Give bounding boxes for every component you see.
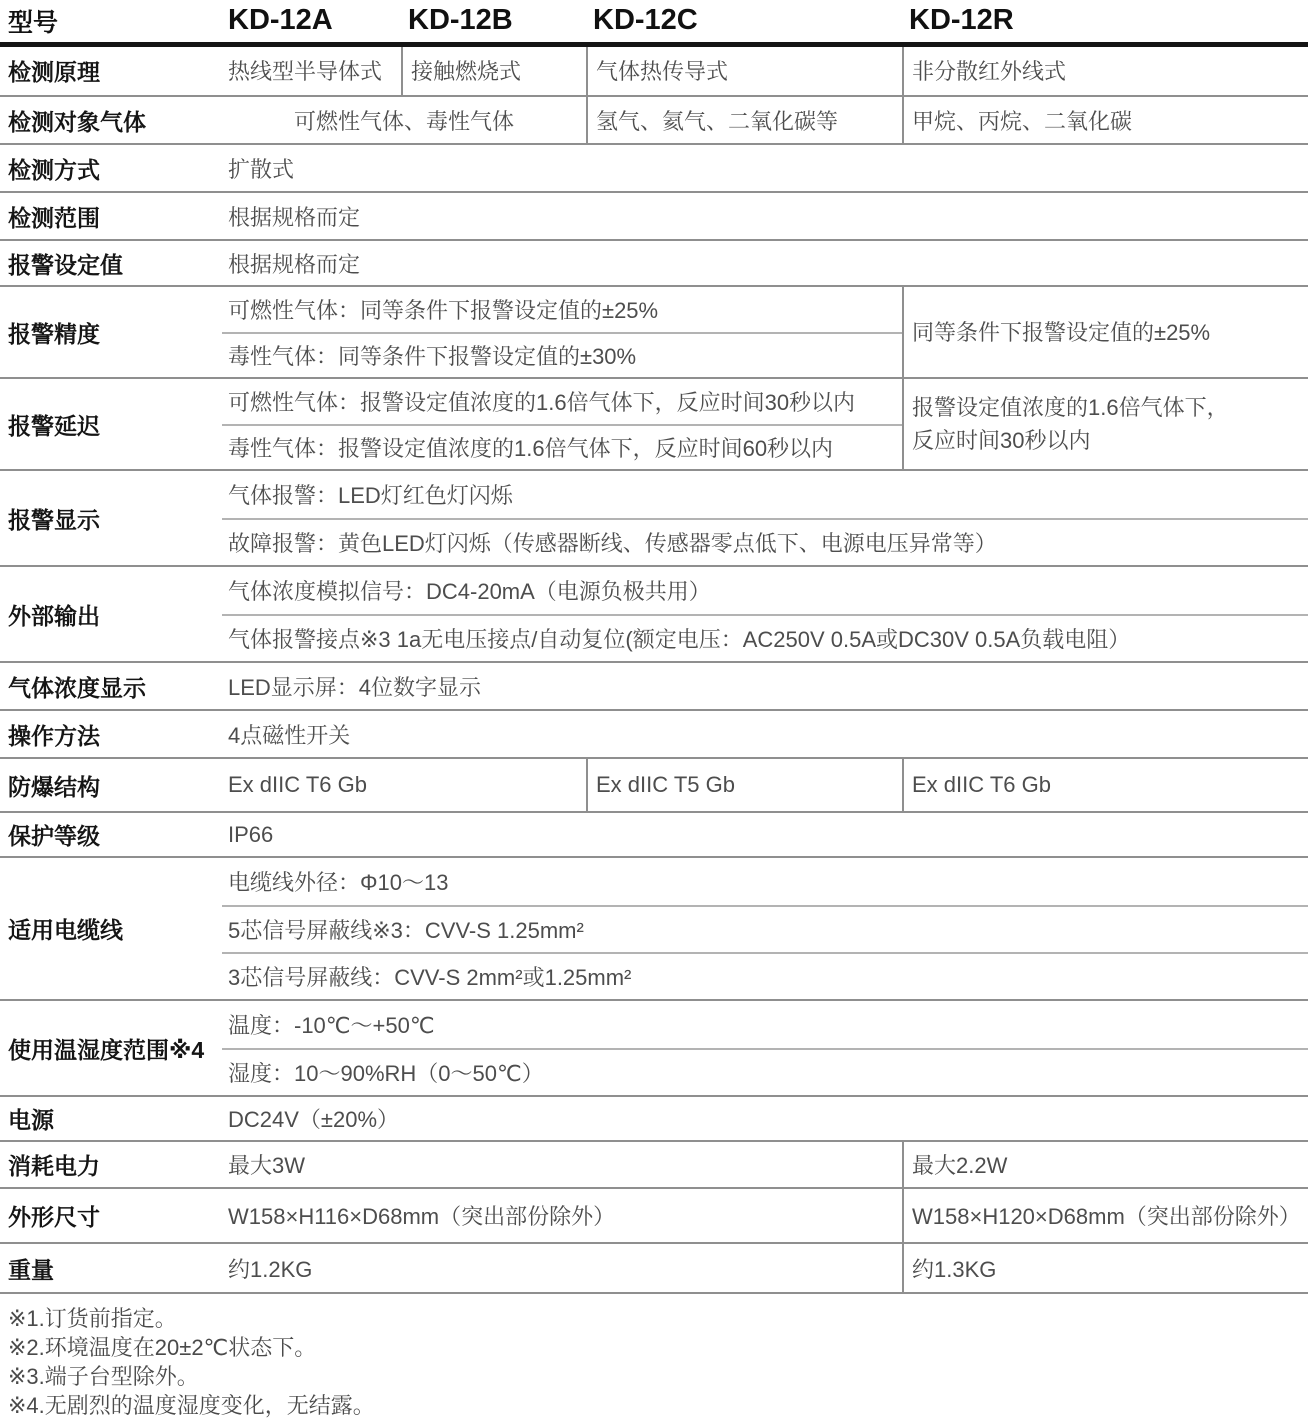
row-label: 重量: [0, 1243, 222, 1293]
cell-principle-kd12b: 接触燃烧式: [402, 44, 587, 96]
cell-concentration-display: LED显示屏：4位数字显示: [222, 662, 1308, 710]
cell-dimensions-kd12r: W158×H120×D68mm（突出部份除外）: [903, 1188, 1308, 1243]
row-power-consumption: 消耗电力 最大3W 最大2.2W: [0, 1141, 1308, 1188]
cell-target-gas-kd12c: 氢气、氦气、二氧化碳等: [587, 96, 903, 144]
row-label: 防爆结构: [0, 758, 222, 812]
cell-power-consumption-kd12abc: 最大3W: [222, 1141, 903, 1188]
cell-target-gas-kd12ab: 可燃性气体、毒性气体: [222, 96, 587, 144]
row-label: 报警延迟: [0, 378, 222, 470]
row-label: 外形尺寸: [0, 1188, 222, 1243]
cell-operation-method: 4点磁性开关: [222, 710, 1308, 758]
row-label: 操作方法: [0, 710, 222, 758]
row-external-output: 外部输出 气体浓度模拟信号：DC4-20mA（电源负极共用） 气体报警接点※3 …: [0, 566, 1308, 662]
row-label: 外部输出: [0, 566, 222, 662]
cell-alarm-setpoint: 根据规格而定: [222, 240, 1308, 286]
row-detection-range: 检测范围 根据规格而定: [0, 192, 1308, 240]
model-kd-12r: KD-12R: [903, 0, 1308, 44]
cell-target-gas-kd12r: 甲烷、丙烷、二氧化碳: [903, 96, 1308, 144]
row-alarm-delay: 报警延迟 可燃性气体：报警设定值浓度的1.6倍气体下，反应时间30秒以内 毒性气…: [0, 378, 1308, 470]
row-label: 报警设定值: [0, 240, 222, 286]
cell-alarm-delay-kd12abc: 可燃性气体：报警设定值浓度的1.6倍气体下，反应时间30秒以内 毒性气体：报警设…: [222, 378, 903, 470]
header-row: 型号 KD-12A KD-12B KD-12C KD-12R: [0, 0, 1308, 44]
cell-alarm-accuracy-kd12abc: 可燃性气体：同等条件下报警设定值的±25% 毒性气体：同等条件下报警设定值的±3…: [222, 286, 903, 378]
model-kd-12c: KD-12C: [587, 0, 903, 44]
row-label: 适用电缆线: [0, 857, 222, 1000]
row-operation-method: 操作方法 4点磁性开关: [0, 710, 1308, 758]
row-alarm-setpoint: 报警设定值 根据规格而定: [0, 240, 1308, 286]
row-label: 检测对象气体: [0, 96, 222, 144]
row-label: 消耗电力: [0, 1141, 222, 1188]
row-alarm-display: 报警显示 气体报警：LED灯红色灯闪烁 故障报警：黄色LED灯闪烁（传感器断线、…: [0, 470, 1308, 566]
footnote-2: ※2.环境温度在20±2℃状态下。: [8, 1333, 1308, 1362]
cell-weight-kd12abc: 约1.2KG: [222, 1243, 903, 1293]
cell-principle-kd12r: 非分散红外线式: [903, 44, 1308, 96]
cell-cable: 电缆线外径：Φ10～13 5芯信号屏蔽线※3：CVV-S 1.25mm² 3芯信…: [222, 857, 1308, 1000]
cell-alarm-accuracy-kd12r: 同等条件下报警设定值的±25%: [903, 286, 1308, 378]
cell-alarm-delay-kd12r: 报警设定值浓度的1.6倍气体下， 反应时间30秒以内: [903, 378, 1308, 470]
row-protection-class: 保护等级 IP66: [0, 812, 1308, 857]
cell-principle-kd12a: 热线型半导体式: [222, 44, 402, 96]
row-label: 报警精度: [0, 286, 222, 378]
cable-5core: 5芯信号屏蔽线※3：CVV-S 1.25mm²: [222, 905, 1308, 952]
model-kd-12b: KD-12B: [402, 0, 587, 44]
cell-power-supply: DC24V（±20%）: [222, 1096, 1308, 1141]
cable-3core: 3芯信号屏蔽线：CVV-S 2mm²或1.25mm²: [222, 952, 1308, 999]
alarm-delay-flammable: 可燃性气体：报警设定值浓度的1.6倍气体下，反应时间30秒以内: [222, 379, 902, 424]
alarm-accuracy-flammable: 可燃性气体：同等条件下报警设定值的±25%: [222, 287, 902, 332]
alarm-display-gas: 气体报警：LED灯红色灯闪烁: [222, 471, 1308, 518]
cell-detection-method: 扩散式: [222, 144, 1308, 192]
cell-power-consumption-kd12r: 最大2.2W: [903, 1141, 1308, 1188]
footnote-1: ※1.订货前指定。: [8, 1304, 1308, 1333]
cell-external-output: 气体浓度模拟信号：DC4-20mA（电源负极共用） 气体报警接点※3 1a无电压…: [222, 566, 1308, 662]
alarm-delay-kd12r-line1: 报警设定值浓度的1.6倍气体下，: [912, 391, 1308, 424]
humidity-range: 湿度：10～90%RH（0～50℃）: [222, 1048, 1308, 1095]
cell-principle-kd12c: 气体热传导式: [587, 44, 903, 96]
row-label: 报警显示: [0, 470, 222, 566]
cell-protection-class: IP66: [222, 812, 1308, 857]
cell-temp-humidity: 温度：-10℃～+50℃ 湿度：10～90%RH（0～50℃）: [222, 1000, 1308, 1096]
spec-table: 型号 KD-12A KD-12B KD-12C KD-12R 检测原理 热线型半…: [0, 0, 1308, 1294]
alarm-delay-kd12r-line2: 反应时间30秒以内: [912, 424, 1308, 457]
cell-explosion-proof-kd12ab: Ex dIIC T6 Gb: [222, 758, 587, 812]
row-temp-humidity: 使用温湿度范围※4 温度：-10℃～+50℃ 湿度：10～90%RH（0～50℃…: [0, 1000, 1308, 1096]
alarm-display-fault: 故障报警：黄色LED灯闪烁（传感器断线、传感器零点低下、电源电压异常等）: [222, 518, 1308, 565]
row-label: 电源: [0, 1096, 222, 1141]
cell-weight-kd12r: 约1.3KG: [903, 1243, 1308, 1293]
footnotes: ※1.订货前指定。 ※2.环境温度在20±2℃状态下。 ※3.端子台型除外。 ※…: [0, 1294, 1308, 1420]
row-label: 使用温湿度范围※4: [0, 1000, 222, 1096]
cell-alarm-display: 气体报警：LED灯红色灯闪烁 故障报警：黄色LED灯闪烁（传感器断线、传感器零点…: [222, 470, 1308, 566]
footnote-4: ※4.无剧烈的温度湿度变化，无结露。: [8, 1391, 1308, 1420]
row-label: 气体浓度显示: [0, 662, 222, 710]
row-label: 检测方式: [0, 144, 222, 192]
row-detection-method: 检测方式 扩散式: [0, 144, 1308, 192]
cell-dimensions-kd12abc: W158×H116×D68mm（突出部份除外）: [222, 1188, 903, 1243]
footnote-3: ※3.端子台型除外。: [8, 1362, 1308, 1391]
temp-range: 温度：-10℃～+50℃: [222, 1001, 1308, 1048]
row-detection-principle: 检测原理 热线型半导体式 接触燃烧式 气体热传导式 非分散红外线式: [0, 44, 1308, 96]
row-dimensions: 外形尺寸 W158×H116×D68mm（突出部份除外） W158×H120×D…: [0, 1188, 1308, 1243]
row-cable: 适用电缆线 电缆线外径：Φ10～13 5芯信号屏蔽线※3：CVV-S 1.25m…: [0, 857, 1308, 1000]
cell-detection-range: 根据规格而定: [222, 192, 1308, 240]
model-kd-12a: KD-12A: [222, 0, 402, 44]
row-weight: 重量 约1.2KG 约1.3KG: [0, 1243, 1308, 1293]
row-alarm-accuracy: 报警精度 可燃性气体：同等条件下报警设定值的±25% 毒性气体：同等条件下报警设…: [0, 286, 1308, 378]
alarm-delay-toxic: 毒性气体：报警设定值浓度的1.6倍气体下，反应时间60秒以内: [222, 424, 902, 469]
cell-explosion-proof-kd12c: Ex dIIC T5 Gb: [587, 758, 903, 812]
row-label: 保护等级: [0, 812, 222, 857]
external-output-analog: 气体浓度模拟信号：DC4-20mA（电源负极共用）: [222, 567, 1308, 614]
alarm-accuracy-toxic: 毒性气体：同等条件下报警设定值的±30%: [222, 332, 902, 377]
row-label: 检测原理: [0, 44, 222, 96]
row-label: 检测范围: [0, 192, 222, 240]
cable-outer-diameter: 电缆线外径：Φ10～13: [222, 858, 1308, 905]
row-concentration-display: 气体浓度显示 LED显示屏：4位数字显示: [0, 662, 1308, 710]
model-header-label: 型号: [0, 0, 222, 44]
row-target-gas: 检测对象气体 可燃性气体、毒性气体 氢气、氦气、二氧化碳等 甲烷、丙烷、二氧化碳: [0, 96, 1308, 144]
external-output-contact: 气体报警接点※3 1a无电压接点/自动复位(额定电压：AC250V 0.5A或D…: [222, 614, 1308, 661]
row-power-supply: 电源 DC24V（±20%）: [0, 1096, 1308, 1141]
row-explosion-proof: 防爆结构 Ex dIIC T6 Gb Ex dIIC T5 Gb Ex dIIC…: [0, 758, 1308, 812]
cell-explosion-proof-kd12r: Ex dIIC T6 Gb: [903, 758, 1308, 812]
